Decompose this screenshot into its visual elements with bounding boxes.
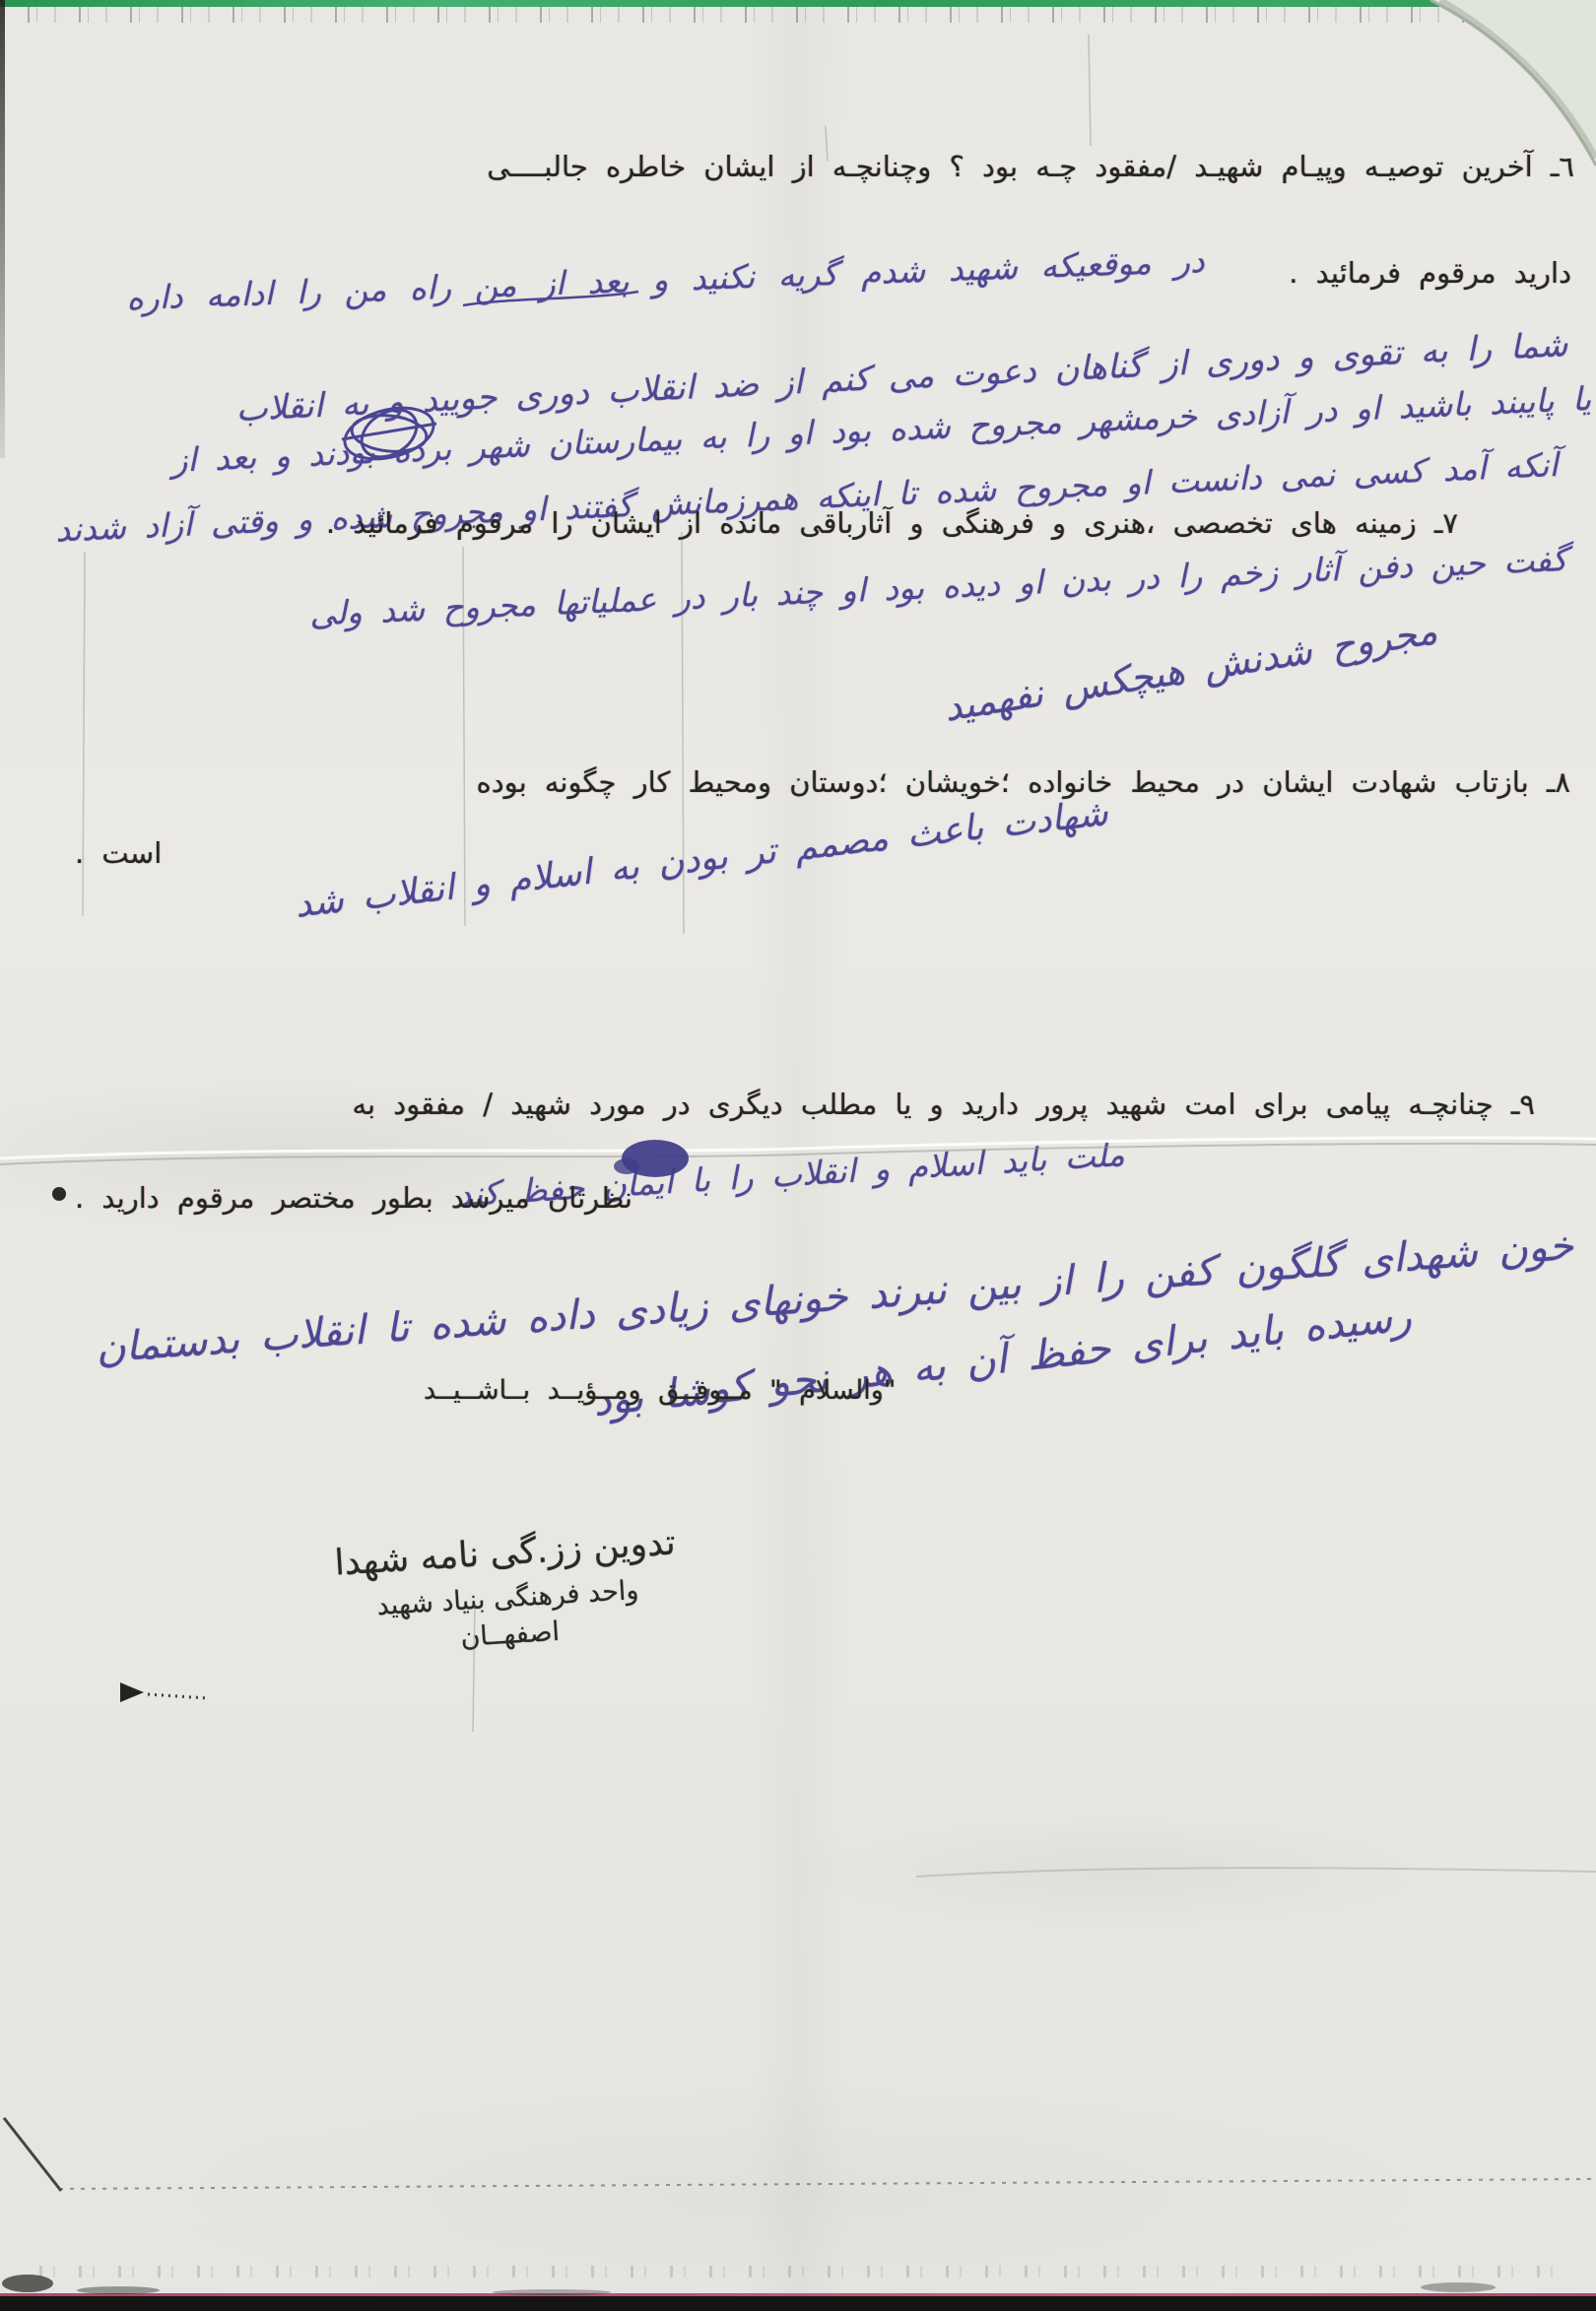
crease-lower [916,1868,1596,1877]
handwritten-answer-8-line-1: شهادت باعث مصمم تر بودن به اسلام و انقلا… [293,793,1109,926]
stamp-mark [120,1683,209,1702]
ink-dot [52,1187,66,1201]
question-8-line-1: ٨ـ بازتاب شهادت ایشان در محیط خانواده ؛خ… [477,765,1571,799]
bottom-blotches [2,2275,1496,2295]
scanner-top-edge [0,0,1596,7]
scan-noise-top [28,7,1568,23]
question-9-line-2: نظرتان میرسد بطور مختصر مرقوم دارید . [75,1181,632,1215]
question-7-line-1: ٧ـ زمینه های تخصصی ،هنری و فرهنگی و آثار… [326,506,1458,540]
dotted-line-bottom [59,2179,1596,2189]
corner-curl-shadow [1440,0,1596,158]
handwritten-answer-9-line-2: خون شهدای گلگون کفن را از بین نبرند خونه… [94,1222,1574,1372]
question-8-line-2: است . [75,836,162,870]
handwritten-answer-7-line-2: مجروح شدنش هیچکس نفهمید [941,609,1440,730]
paper-left-edge-shadow [0,0,5,458]
scanned-page: ٦ـ آخرین توصیـه وپیـام شهیـد /مفقود چـه … [0,0,1596,2311]
corner-curl-edge [1430,0,1596,165]
question-9-line-1: ٩ـ چنانچـه پیامی برای امت شهید پرور داری… [352,1088,1535,1121]
question-6-line-2: دارید مرقوم فرمائید . [1289,256,1571,290]
closing-salutation: "والسلام " مــوفــق ومــؤیــد بــاشــیــ… [424,1375,896,1406]
handwritten-answer-6-line-1: در موقعیکه شهید شدم گریه نکنید و بعد از … [126,241,1206,317]
question-6-line-1: ٦ـ آخرین توصیـه وپیـام شهیـد /مفقود چـه … [487,150,1574,183]
stamp-block: تدوین زز.گی نامه شهدا واحد فرهنگی بنیاد … [293,1520,722,1663]
scanner-bottom-bar [0,2296,1596,2311]
corner-crease-diagonal [4,2118,61,2191]
corner-curl-fill [1430,0,1596,165]
scan-noise-bottom [39,2266,1557,2278]
